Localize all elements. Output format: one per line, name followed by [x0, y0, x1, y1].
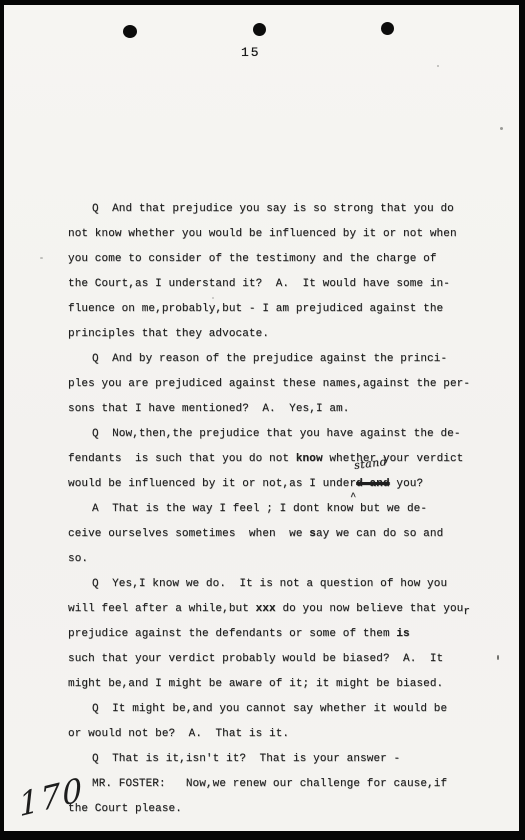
- transcript-text: MR. FOSTER: Now,we renew our challenge f…: [92, 778, 447, 790]
- transcript-text: xxx: [256, 603, 276, 615]
- transcript-text: you?: [390, 478, 424, 490]
- document-page: 15 Q And that prejudice you say is so st…: [4, 5, 519, 831]
- transcript-text: or would not be? A. That is it.: [68, 728, 289, 740]
- transcript-line: prejudice against the defendants or some…: [68, 622, 498, 647]
- transcript-line: would be influenced by it or not,as I un…: [68, 472, 498, 497]
- transcript-text: ay we can do so and: [316, 528, 443, 540]
- transcript-text: A That is the way I feel ; I dont know b…: [92, 503, 427, 515]
- transcript-text: prejudice against the defendants or some…: [68, 628, 396, 640]
- transcript-line: principles that they advocate.: [68, 322, 498, 347]
- transcript-line: such that your verdict probably would be…: [68, 647, 498, 672]
- transcript-text: Q Now,then,the prejudice that you have a…: [92, 428, 461, 440]
- transcript-line: might be,and I might be aware of it; it …: [68, 672, 498, 697]
- transcript-line: sons that I have mentioned? A. Yes,I am.: [68, 397, 498, 422]
- hole-punch-dot: [381, 22, 394, 35]
- transcript-text: Q And by reason of the prejudice against…: [92, 353, 447, 365]
- scan-speckle: [497, 655, 499, 660]
- hole-punch-dot: [253, 23, 266, 36]
- transcript-text: not know whether you would be influenced…: [68, 228, 457, 240]
- scan-speckle: [40, 257, 43, 259]
- transcript-line: Q It might be,and you cannot say whether…: [68, 697, 498, 722]
- transcript-text: Q Yes,I know we do. It is not a question…: [92, 578, 447, 590]
- scan-speckle: [212, 297, 214, 299]
- transcript-text: you come to consider of the testimony an…: [68, 253, 437, 265]
- transcript-line: Q Now,then,the prejudice that you have a…: [68, 422, 498, 447]
- transcript-line: Q And that prejudice you say is so stron…: [68, 197, 498, 222]
- transcript-text: whether your verdict: [323, 453, 464, 465]
- transcript-text: such that your verdict probably would be…: [68, 653, 443, 665]
- transcript-line: fendants is such that you do not know wh…: [68, 447, 498, 472]
- transcript-line: the Court,as I understand it? A. It woul…: [68, 272, 498, 297]
- transcript-text: r: [463, 606, 470, 618]
- transcript-text: so.: [68, 553, 88, 565]
- transcript-line: MR. FOSTER: Now,we renew our challenge f…: [68, 772, 498, 797]
- transcript-text: is: [396, 628, 409, 640]
- transcript-line: the Court please.: [68, 797, 498, 822]
- transcript-line: or would not be? A. That is it.: [68, 722, 498, 747]
- transcript-line: you come to consider of the testimony an…: [68, 247, 498, 272]
- hole-punch-dot: [123, 25, 137, 38]
- transcript-text: Q That is it,isn't it? That is your answ…: [92, 753, 400, 765]
- transcript-text: ceive ourselves sometimes when we: [68, 528, 309, 540]
- transcript-line: A That is the way I feel ; I dont know b…: [68, 497, 498, 522]
- transcript-text: do you now believe that you: [276, 603, 464, 615]
- typed-correction: stand^d and: [356, 472, 390, 497]
- transcript-text: would be influenced by it or not,as I un…: [68, 478, 356, 490]
- scan-speckle: [500, 127, 503, 130]
- transcript-line: fluence on me,probably,but - I am prejud…: [68, 297, 498, 322]
- transcript-text: sons that I have mentioned? A. Yes,I am.: [68, 403, 349, 415]
- transcript-text: fluence on me,probably,but - I am prejud…: [68, 303, 443, 315]
- transcript-line: Q That is it,isn't it? That is your answ…: [68, 747, 498, 772]
- transcript-text: s: [309, 528, 316, 540]
- transcript-text: might be,and I might be aware of it; it …: [68, 678, 443, 690]
- transcript-line: not know whether you would be influenced…: [68, 222, 498, 247]
- transcript-line: so.: [68, 547, 498, 572]
- transcript-line: will feel after a while,but xxx do you n…: [68, 597, 498, 622]
- transcript-text: fendants is such that you do not: [68, 453, 296, 465]
- scan-speckle: [437, 65, 439, 67]
- struck-text: d and: [356, 478, 390, 490]
- transcript-text: principles that they advocate.: [68, 328, 269, 340]
- transcript-line: ceive ourselves sometimes when we say we…: [68, 522, 498, 547]
- transcript-line: Q Yes,I know we do. It is not a question…: [68, 572, 498, 597]
- transcript-text: know: [296, 453, 323, 465]
- scan-frame: 15 Q And that prejudice you say is so st…: [0, 0, 525, 840]
- transcript-line: Q And by reason of the prejudice against…: [68, 347, 498, 372]
- transcript-text: the Court,as I understand it? A. It woul…: [68, 278, 450, 290]
- transcript-text: ples you are prejudiced against these na…: [68, 378, 470, 390]
- transcript-text: Q It might be,and you cannot say whether…: [92, 703, 447, 715]
- page-number: 15: [241, 46, 261, 60]
- transcript-line: ples you are prejudiced against these na…: [68, 372, 498, 397]
- transcript-text: will feel after a while,but: [68, 603, 256, 615]
- transcript-lines: Q And that prejudice you say is so stron…: [68, 197, 498, 822]
- transcript-text: Q And that prejudice you say is so stron…: [92, 203, 454, 215]
- caret-mark: ^: [350, 493, 356, 503]
